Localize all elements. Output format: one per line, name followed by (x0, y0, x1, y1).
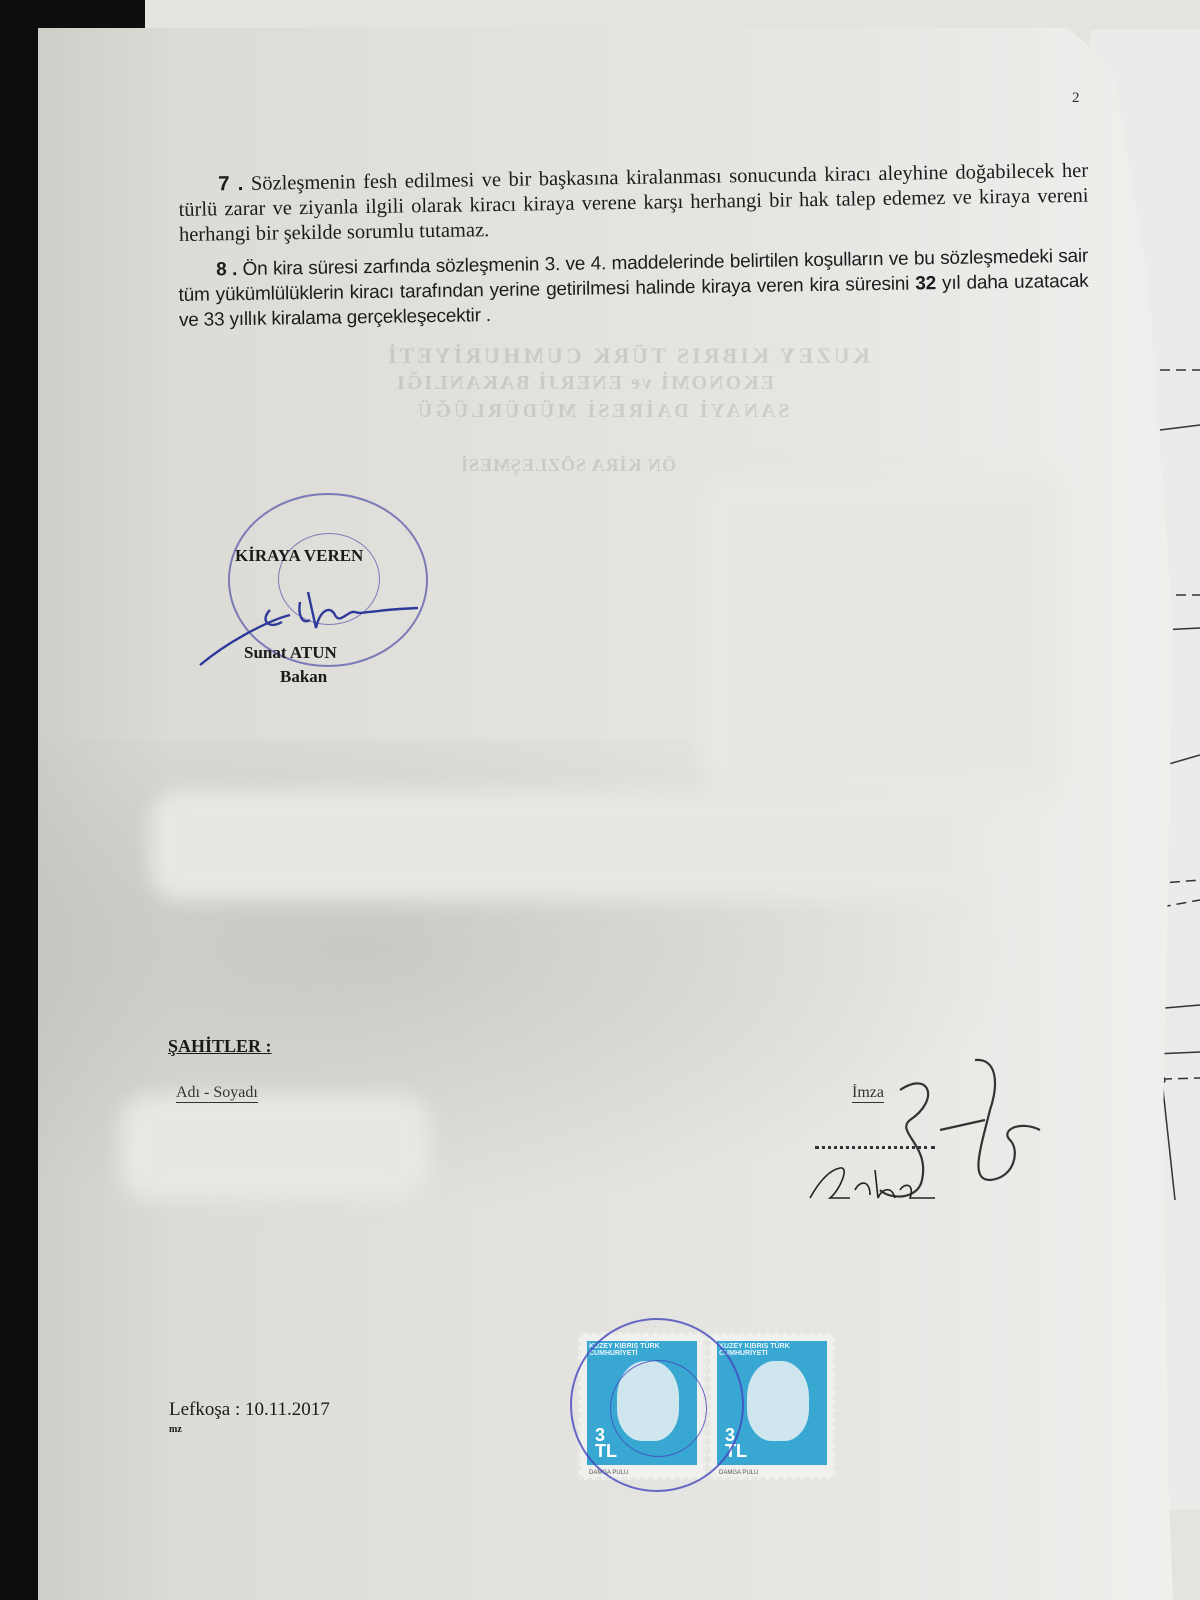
extension-years: 32 (915, 273, 936, 294)
redacted-witness-name (120, 1095, 430, 1200)
lessor-name: Sunat ATUN (244, 643, 337, 663)
witness-name-label: Adı - Soyadı (176, 1084, 258, 1103)
bleed-through-line: EKONOMİ ve ENERJİ BAKANLIĞI (395, 372, 774, 395)
redacted-area (150, 790, 980, 900)
lessor-heading: KİRAYA VEREN (235, 546, 363, 566)
bleed-through-line: KUZEY KIBRIS TÜRK CUMHURİYETİ (385, 343, 870, 369)
page-number: 2 (1072, 90, 1080, 107)
clause-8: 8 . Ön kira süresi zarfında sözleşmenin … (178, 244, 1089, 333)
stamp-footer: DAMGA PULU (719, 1470, 758, 1476)
portrait (747, 1361, 809, 1441)
clause-7: 7 . Sözleşmenin fesh edilmesi ve bir baş… (178, 158, 1089, 248)
cancellation-seal-inner (610, 1360, 707, 1457)
clause-number: 7 . (218, 172, 244, 195)
stamp-header: KUZEY KIBRIS TÜRK CUMHURİYETİ (719, 1343, 833, 1357)
typist-initials: mz (169, 1424, 182, 1435)
place-and-date: Lefkoşa : 10.11.2017 (169, 1399, 330, 1421)
clause-number: 8 . (216, 259, 237, 280)
witnesses-heading: ŞAHİTLER : (168, 1036, 272, 1057)
witness-signature (800, 1050, 1060, 1210)
bleed-through-line: ÖN KİRA SÖZLEŞMESİ (460, 455, 676, 476)
clause-text: Sözleşmenin fesh edilmesi ve bir başkası… (178, 160, 1088, 246)
redacted-area (700, 475, 1060, 795)
bleed-through-line: SANAYİ DAİRESİ MÜDÜRLÜĞÜ (415, 400, 790, 423)
lessor-title: Bakan (280, 667, 327, 687)
